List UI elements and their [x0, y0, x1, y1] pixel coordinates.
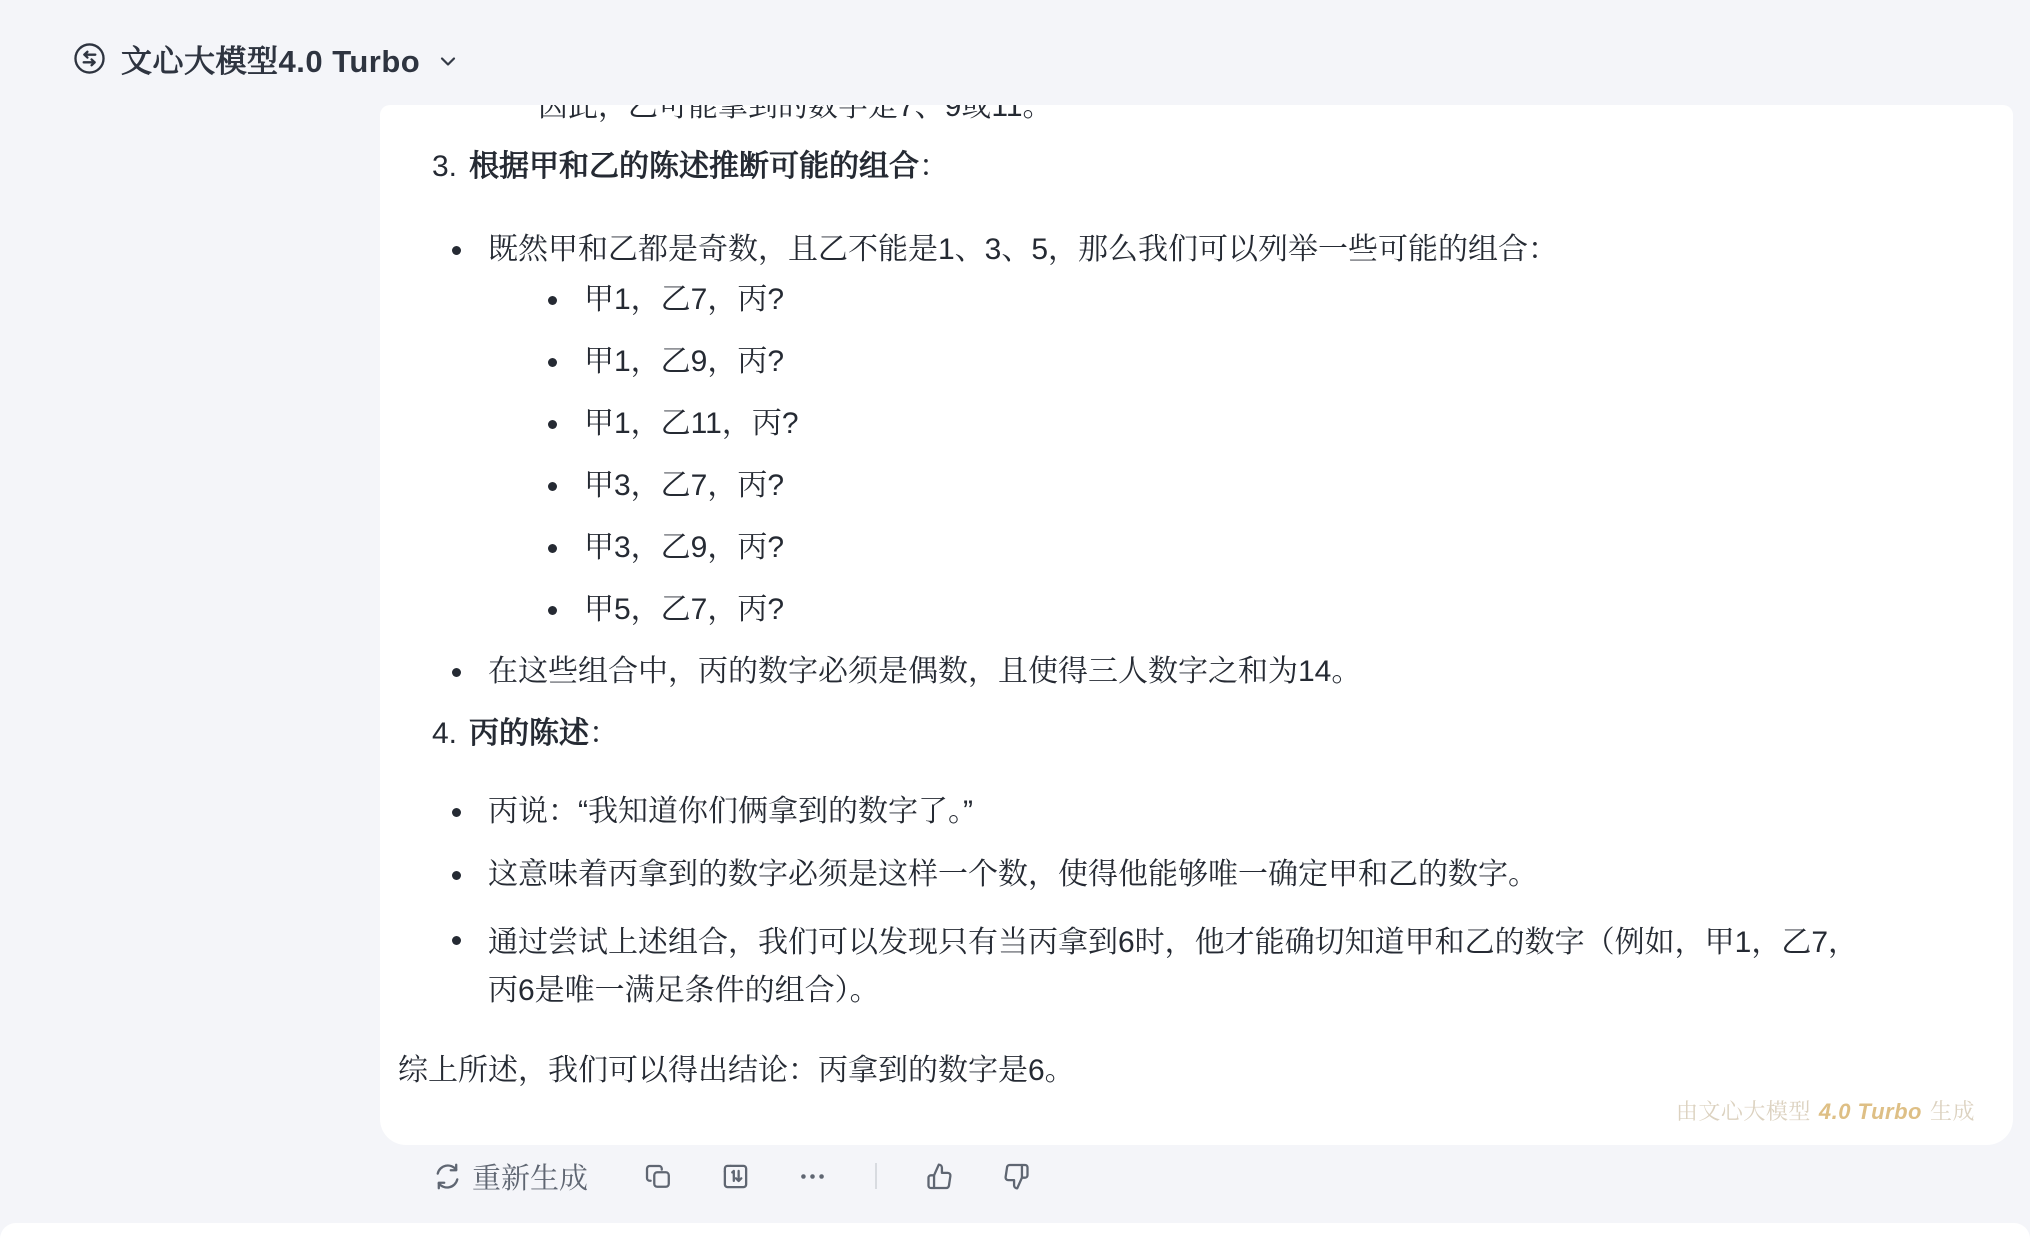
list-item-colon: ： [919, 150, 949, 183]
bullet-text: 既然甲和乙都是奇数，且乙不能是1、3、5，那么我们可以列举一些可能的组合： [488, 233, 1558, 266]
list-item-4-heading: 4.丙的陈述： [432, 713, 1973, 755]
thumbs-down-icon [1002, 1162, 1031, 1191]
list-item-title: 丙的陈述 [469, 717, 589, 750]
regenerate-button[interactable]: 重新生成 [433, 1156, 588, 1197]
exchange-arrows-circle-icon [73, 42, 106, 75]
toolbar-divider [875, 1163, 877, 1189]
model-name: 文心大模型4.0 Turbo [121, 36, 420, 81]
chevron-down-icon [436, 49, 460, 73]
watermark-prefix: 由文心大模型 [1676, 1099, 1811, 1124]
list-item-3-heading: 3.根据甲和乙的陈述推断可能的组合： [432, 146, 1973, 188]
combination-item: 甲3，乙9，丙? [584, 527, 1973, 569]
refresh-icon [433, 1162, 462, 1191]
watermark-brand: 4.0 Turbo [1819, 1099, 1922, 1124]
list-item-title: 根据甲和乙的陈述推断可能的组合 [469, 150, 919, 183]
copy-icon [644, 1162, 673, 1191]
combination-item: 甲1，乙7，丙? [584, 279, 1973, 321]
chat-input-panel-top [0, 1223, 2030, 1240]
save-image-icon [721, 1162, 750, 1191]
thumbs-down-button[interactable] [1002, 1162, 1031, 1191]
watermark-suffix: 生成 [1930, 1099, 1975, 1124]
bullet-text-line: 通过尝试上述组合，我们可以发现只有当丙拿到6时，他才能确切知道甲和乙的数字（例如… [488, 926, 1858, 959]
combination-item: 甲3，乙7，丙? [584, 465, 1973, 507]
conclusion-text: 综上所述，我们可以得出结论：丙拿到的数字是6。 [398, 1050, 1973, 1092]
bullet-text: 丙说：“我知道你们俩拿到的数字了。” [488, 795, 973, 828]
copy-button[interactable] [644, 1162, 673, 1191]
more-options-icon [798, 1162, 827, 1191]
combination-item: 甲1，乙9，丙? [584, 341, 1973, 383]
response-toolbar: 重新生成 [433, 1154, 1031, 1198]
list-number: 3. [432, 150, 457, 183]
bullet-item: 既然甲和乙都是奇数，且乙不能是1、3、5，那么我们可以列举一些可能的组合： [488, 229, 1973, 271]
save-image-button[interactable] [721, 1162, 750, 1191]
generated-by-watermark: 由文心大模型4.0 Turbo生成 [1676, 1091, 1975, 1133]
combination-item: 甲1，乙11，丙? [584, 403, 1973, 445]
bullet-item: 这意味着丙拿到的数字必须是这样一个数，使得他能够唯一确定甲和乙的数字。 [488, 854, 1973, 896]
model-selector[interactable]: 文心大模型4.0 Turbo [73, 36, 460, 81]
bullet-text-line: 丙6是唯一满足条件的组合）。 [488, 974, 880, 1007]
thumbs-up-button[interactable] [925, 1162, 954, 1191]
assistant-message-card: 因此，乙可能拿到的数字是7、9或11。 3.根据甲和乙的陈述推断可能的组合： 既… [380, 105, 2013, 1145]
regenerate-label: 重新生成 [472, 1156, 588, 1197]
bullet-text: 在这些组合中，丙的数字必须是偶数，且使得三人数字之和为14。 [488, 655, 1361, 688]
list-item-colon: ： [589, 717, 619, 750]
more-options-button[interactable] [798, 1162, 827, 1191]
list-number: 4. [432, 717, 457, 750]
bullet-item: 在这些组合中，丙的数字必须是偶数，且使得三人数字之和为14。 [488, 651, 1973, 693]
thumbs-up-icon [925, 1162, 954, 1191]
bullet-item: 通过尝试上述组合，我们可以发现只有当丙拿到6时，他才能确切知道甲和乙的数字（例如… [488, 919, 1973, 1015]
clipped-text-line: 因此，乙可能拿到的数字是7、9或11。 [538, 105, 1973, 125]
bullet-item: 丙说：“我知道你们俩拿到的数字了。” [488, 791, 1973, 833]
page: 文心大模型4.0 Turbo 因此，乙可能拿到的数字是7、9或11。 3.根据甲… [0, 0, 2030, 1240]
bullet-text: 这意味着丙拿到的数字必须是这样一个数，使得他能够唯一确定甲和乙的数字。 [488, 858, 1538, 891]
combination-item: 甲5，乙7，丙? [584, 589, 1973, 631]
